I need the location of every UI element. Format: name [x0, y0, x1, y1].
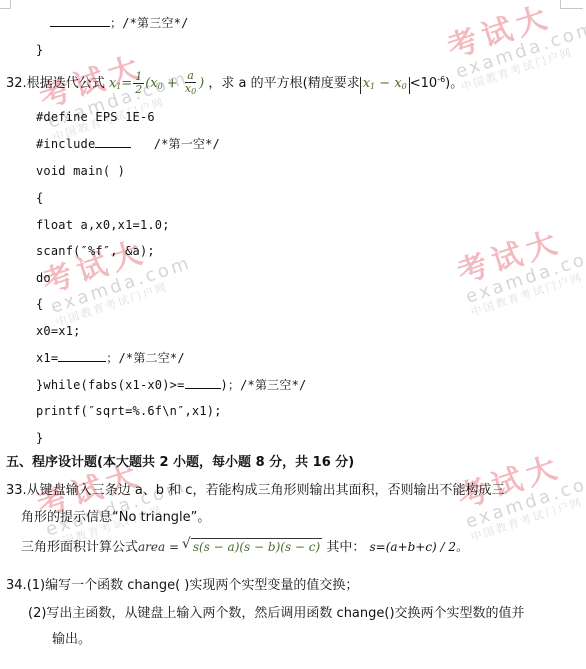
question-number: 34.	[6, 578, 27, 593]
precision-exponent: -6	[437, 75, 445, 84]
question-text: 从键盘输入三条边 a、b 和 c，若能构成三角形则输出其面积，否则输出不能构成三	[27, 483, 505, 498]
question-33-line-1: 33.从键盘输入三条边 a、b 和 c，若能构成三角形则输出其面积，否则输出不能…	[6, 483, 504, 499]
question-32-stem: 32.根据迭代公式 x1=12(x0 + ax0) ，求 a 的平方根(精度要求…	[6, 68, 463, 99]
area-lhs: area =	[138, 540, 183, 554]
formula-part: (x	[145, 76, 157, 91]
code-line: scanf(″%f″, &a);	[36, 243, 155, 259]
fraction-a-over-x0: ax0	[183, 70, 198, 98]
question-text: (1)编写一个函数 change( )实现两个实型变量的值交换；	[27, 578, 359, 593]
code-line: printf(″sqrt=%.6f\n″,x1);	[36, 403, 222, 419]
question-33-line-2: 角形的提示信息“No triangle”。	[21, 510, 210, 526]
section-heading: 五、程序设计题(本大题共 2 小题，每小题 8 分，共 16 分)	[6, 455, 354, 471]
code-line-prev-close: }	[36, 42, 43, 58]
code-comment: )；/*第三空*/	[221, 378, 307, 392]
code-text: }while(fabs(x1-x0)>=	[36, 378, 185, 392]
formula-var: x	[394, 76, 401, 91]
where-label: 其中：	[326, 540, 365, 555]
code-line: x1=；/*第二空*/	[36, 350, 185, 366]
formula-plus: +	[163, 76, 182, 91]
iteration-formula: x1=12(x0 + ax0)	[109, 76, 209, 91]
code-line: void main( )	[36, 163, 125, 179]
formula-minus: −	[375, 76, 394, 91]
code-line: {	[36, 296, 43, 312]
answer-blank-3	[185, 377, 221, 389]
watermark-brand: 考试大	[454, 439, 586, 515]
watermark-site: examda.com	[49, 254, 194, 316]
question-number: 33.	[6, 483, 27, 498]
watermark: 考试大 examda.com 中国教育考试门户网	[39, 224, 198, 329]
watermark-site: examda.com	[464, 244, 586, 306]
answer-blank	[50, 15, 110, 27]
formula-eq: =	[121, 76, 132, 91]
page-corner-mark-top-right	[560, 0, 583, 9]
precision-threshold: <10	[410, 76, 437, 91]
question-text: ，求 a 的平方根(精度要求	[208, 76, 359, 91]
watermark-tagline: 中国教育考试门户网	[469, 261, 586, 319]
code-text: #include	[36, 137, 95, 151]
code-comment: ；/*第三空*/	[110, 16, 189, 30]
code-line: }	[36, 430, 43, 446]
answer-blank-2	[58, 350, 106, 362]
code-line: #include /*第一空*/	[36, 136, 220, 152]
watermark: 考试大 examda.com 中国教育考试门户网	[454, 214, 586, 319]
question-34-part-2-continued: 输出。	[52, 632, 91, 648]
watermark: 考试大 examda.com 中国教育考试门户网	[444, 0, 586, 94]
watermark-brand: 考试大	[39, 224, 188, 300]
formula-part: )	[199, 76, 204, 91]
formula-sub: 0	[402, 82, 407, 91]
code-line: float a,x0,x1=1.0;	[36, 217, 170, 233]
frac-den: 2	[133, 84, 144, 96]
code-comment: ；/*第二空*/	[106, 351, 185, 365]
area-sqrt-expression: s(s − a)(s − b)(s − c)	[191, 538, 322, 555]
code-comment: /*第一空*/	[154, 137, 220, 151]
formula-var: x	[363, 76, 370, 91]
watermark-site: examda.com	[454, 19, 586, 81]
answer-blank-1	[95, 136, 131, 148]
code-line: do	[36, 270, 51, 286]
question-number: 32.	[6, 76, 27, 91]
code-line: x0=x1;	[36, 323, 81, 339]
question-34-part-2: (2)写出主函数，从键盘上输入两个数，然后调用函数 change()交换两个实型…	[28, 606, 525, 622]
formula-label: 三角形面积计算公式	[21, 540, 138, 555]
watermark-brand: 考试大	[444, 0, 586, 65]
watermark-tagline: 中国教育考试门户网	[54, 271, 197, 329]
frac-den: x0	[183, 83, 198, 98]
question-text: )。	[445, 76, 463, 91]
s-formula: s=(a+b+c) / 2。	[370, 540, 469, 554]
fraction-one-half: 12	[133, 71, 144, 96]
precision-abs-value: x1 − x0	[360, 77, 410, 94]
code-text: x1=	[36, 351, 58, 365]
code-line: }while(fabs(x1-x0)>=)；/*第三空*/	[36, 377, 306, 393]
watermark-tagline: 中国教育考试门户网	[459, 36, 586, 94]
question-33-formula-line: 三角形面积计算公式area = s(s − a)(s − b)(s − c) 其…	[21, 538, 468, 556]
code-line-prev-blank: ；/*第三空*/	[50, 15, 189, 31]
page-corner-mark-top-left	[0, 0, 11, 9]
formula-sub: 0	[191, 87, 196, 96]
watermark-site: examda.com	[464, 469, 586, 531]
watermark-brand: 考试大	[454, 214, 586, 290]
question-text: 根据迭代公式	[27, 76, 105, 91]
code-line: #define EPS 1E-6	[36, 109, 155, 125]
question-34-part-1: 34.(1)编写一个函数 change( )实现两个实型变量的值交换；	[6, 578, 358, 594]
code-line: {	[36, 190, 43, 206]
